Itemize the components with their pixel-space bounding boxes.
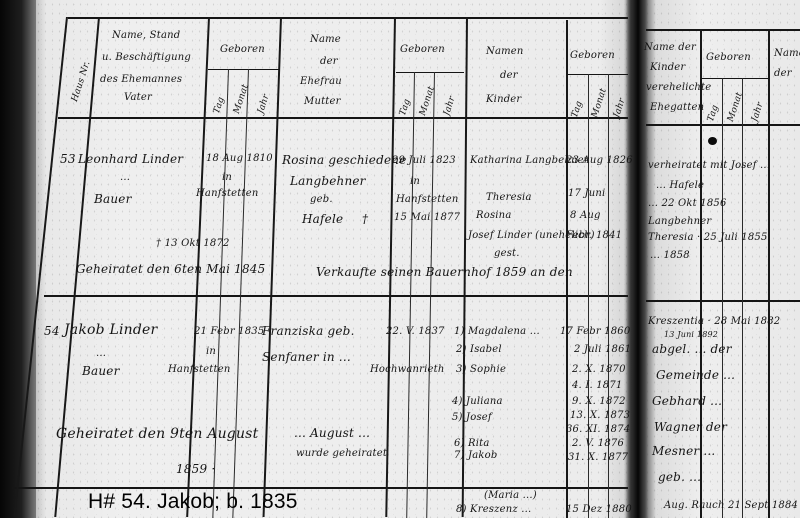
- child-date-3: 2. X. 1870: [572, 364, 626, 375]
- right-page-note-6: Wagner der: [654, 420, 727, 434]
- child-7: 7) Jakob: [454, 450, 498, 461]
- child-date-3: 8 Aug: [570, 210, 601, 221]
- header-children-line2: der: [500, 70, 518, 81]
- header-married-line4: Ehegatten: [650, 102, 704, 113]
- right-page-note-7: Mesner ...: [652, 444, 715, 458]
- header-spouse-line2: der: [774, 68, 792, 79]
- child-9: 8) Kreszenz ...: [456, 504, 531, 515]
- col-rule: [768, 29, 770, 518]
- child-date-2: 2 Juli 1861: [574, 344, 631, 355]
- mother-maiden: Langbehner: [290, 174, 366, 188]
- mother-surname: Hafele: [302, 212, 343, 226]
- child-date-1: 23 Aug 1826: [566, 155, 633, 166]
- child-2: Theresia: [486, 192, 532, 203]
- remark-1: wurde geheiratet: [296, 448, 387, 459]
- husband-birth-date: 21 Febr 1835: [194, 326, 264, 337]
- col-rule: [722, 78, 723, 518]
- husband-birth-date: 18 Aug 1810: [206, 153, 273, 164]
- child-6: 6) Rita: [454, 438, 490, 449]
- header-bottom-rule: [58, 117, 628, 119]
- husband-name: Leonhard Linder: [78, 152, 183, 166]
- image-caption: H# 54. Jakob; b. 1835: [88, 490, 298, 514]
- mother-name: Rosina geschiedene: [282, 153, 407, 167]
- child-date-5: 9. X. 1872: [572, 396, 626, 407]
- right-page-note-1: verheiratet mit Josef ...: [648, 160, 770, 171]
- child-date-4: 4. I. 1871: [572, 380, 622, 391]
- child-5: 5) Josef: [452, 412, 492, 423]
- marriage-note: Geheiratet den 9ten August: [56, 426, 258, 442]
- header-husband-line1: Name, Stand: [112, 30, 180, 41]
- mother-birth-place: Hanfstetten: [396, 194, 459, 205]
- right-page-note-3: abgel. ... der: [652, 342, 732, 356]
- header-born3: Geboren: [570, 50, 615, 61]
- header-husband-line3: des Ehemannes: [100, 74, 182, 85]
- remark-2: ... August ...: [294, 426, 370, 440]
- born3-subheader-rule: [568, 74, 628, 75]
- husband-birth-place: Hanfstetten: [196, 188, 259, 199]
- born-subheader-rule: [208, 69, 280, 70]
- header-born2: Geboren: [400, 44, 445, 55]
- child-8: (Maria ...): [484, 490, 537, 501]
- mother-death-cross: †: [362, 212, 368, 226]
- table-top-rule: [68, 17, 628, 19]
- right-page-note-5: Theresia · 25 Juli 1855: [648, 232, 768, 243]
- child-5: gest.: [494, 248, 520, 259]
- header-mother-line2: der: [320, 56, 338, 67]
- right-page-note-9: Aug. Rauch 21 Sept 1884: [664, 500, 798, 511]
- right-page-note-4: Langbehner: [648, 216, 711, 227]
- mother-birth-place-in: in: [410, 176, 420, 187]
- header-mother-line3: Ehefrau: [300, 76, 342, 87]
- husband-death: † 13 Okt 1872: [156, 238, 230, 249]
- header-children-line1: Namen: [486, 46, 524, 57]
- born2-subheader-rule: [396, 72, 464, 73]
- right-page-note-5: Gebhard ...: [652, 394, 722, 408]
- child-date-8: 2. V. 1876: [572, 438, 624, 449]
- header-husband-line4: Vater: [124, 92, 152, 103]
- right-page-note-4: Gemeinde ...: [656, 368, 735, 382]
- right-page-note-8: geb. ...: [658, 470, 701, 484]
- book-edge: [0, 0, 36, 518]
- header-spouse-line1: Name: [774, 48, 800, 59]
- child-3: 3) Sophie: [456, 364, 506, 375]
- col-rule: [742, 78, 743, 518]
- husband-line2: ...: [120, 172, 130, 183]
- row-separator-rule-right: [646, 300, 800, 302]
- row-number: 53: [60, 152, 76, 166]
- born4-subheader-rule: [702, 78, 768, 79]
- marriage-year: 1859 ·: [176, 462, 215, 476]
- husband-occupation: Bauer: [94, 192, 132, 206]
- header-children-line3: Kinder: [486, 94, 521, 105]
- mother-birth-place: Hochwanrieth: [370, 364, 445, 375]
- right-page-note-6: ... 1858: [650, 250, 690, 261]
- husband-occupation: Bauer: [82, 364, 120, 378]
- table-top-rule-right: [646, 29, 800, 31]
- header-mother-line1: Name: [310, 34, 341, 45]
- child-4: 4) Juliana: [452, 396, 503, 407]
- book-gutter: [626, 0, 648, 518]
- right-page-note-2: 13 Juni 1892: [664, 330, 718, 339]
- right-page-note-1: Kreszentia · 28 Mai 1882: [648, 316, 780, 327]
- header-married-line2: Kinder: [650, 62, 685, 73]
- header-husband-line2: u. Beschäftigung: [102, 52, 191, 63]
- row-bottom-rule: [12, 487, 628, 489]
- register-scan: Haus Nr. Name, Stand u. Beschäftigung de…: [0, 0, 800, 518]
- mother-geb: geb.: [310, 194, 333, 205]
- marriage-note: Geheiratet den 6ten Mai 1845: [76, 262, 265, 276]
- mother-birth-date: 29 Juli 1823: [392, 155, 456, 166]
- header-married-line1: Name der: [644, 42, 696, 53]
- mother-death-date: 15 Mai 1877: [394, 212, 460, 223]
- child-date-4: Febr. 1841: [566, 230, 622, 241]
- child-date-7: 36. XI. 1874: [566, 424, 630, 435]
- header-mother-line4: Mutter: [304, 96, 341, 107]
- mother-name: Franziska geb.: [262, 324, 355, 338]
- husband-birth-place-in: in: [206, 346, 216, 357]
- header-born: Geboren: [220, 44, 265, 55]
- husband-birth-place-in: in: [222, 172, 232, 183]
- ink-blot: [708, 137, 717, 145]
- child-date-1: 17 Febr 1860: [560, 326, 630, 337]
- husband-line2: ...: [96, 348, 106, 359]
- right-page-note-3: ... 22 Okt 1856: [648, 198, 727, 209]
- child-2: 2) Isabel: [456, 344, 502, 355]
- remark: Verkaufte seinen Bauernhof 1859 an den: [316, 265, 573, 279]
- mother-maiden: Senfaner in ...: [262, 350, 351, 364]
- header-bottom-rule-right: [646, 124, 800, 126]
- header-married-line3: verehelichte: [646, 82, 711, 93]
- child-3: Rosina: [476, 210, 511, 221]
- child-date-9: 31. X. 1877: [568, 452, 628, 463]
- row-separator-rule: [44, 295, 628, 297]
- right-page-note-2: ... Hafele: [656, 180, 704, 191]
- row-number: 54: [44, 324, 60, 338]
- header-born4: Geboren: [706, 52, 751, 63]
- child-1: 1) Magdalena ...: [454, 326, 540, 337]
- child-date-10: 15 Dez 1880: [566, 504, 632, 515]
- mother-birth-date: 22. V. 1837: [386, 326, 445, 337]
- child-date-2: 17 Juni: [568, 188, 605, 199]
- husband-birth-place: Hanfstetten: [168, 364, 231, 375]
- child-date-6: 13. X. 1873: [570, 410, 630, 421]
- husband-name: Jakob Linder: [64, 322, 157, 338]
